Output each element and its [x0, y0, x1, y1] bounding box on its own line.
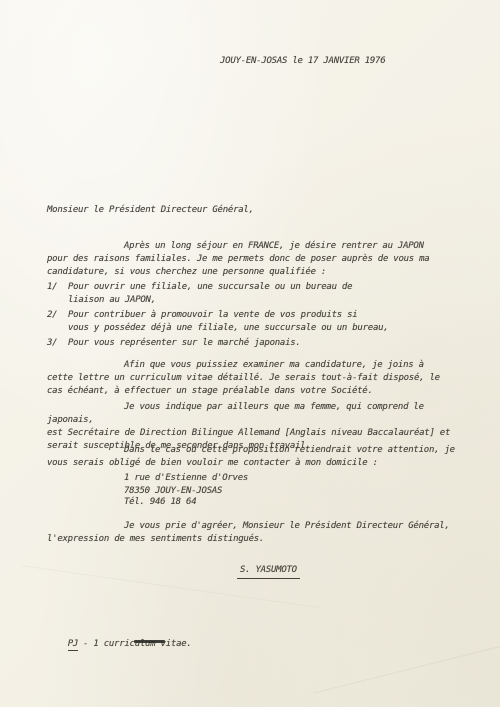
reason-text: Pour vous représenter sur le marché japo… — [68, 337, 467, 350]
reason-number: 1/ — [47, 281, 68, 307]
paper-crease — [313, 639, 500, 693]
enclosure-label: PJ — [68, 639, 78, 651]
reason-item-2: 2/ Pour contribuer à promouvoir la vente… — [47, 309, 467, 335]
reason-item-3: 3/ Pour vous représenter sur le marché j… — [47, 337, 467, 350]
signature: S. YASUMOTO — [237, 564, 300, 579]
closing-paragraph: Je vous prie d'agréer, Monsieur le Prési… — [47, 520, 473, 546]
cv-paragraph: Afin que vous puissiez examiner ma candi… — [47, 359, 473, 398]
reason-text: Pour ouvrir une filiale, une succursale … — [68, 281, 467, 307]
reason-number: 3/ — [47, 337, 68, 350]
salutation: Monsieur le Président Directeur Général, — [47, 204, 254, 217]
reason-number: 2/ — [47, 309, 68, 335]
phone-line: Tél. 946 18 64 — [124, 496, 196, 509]
address-block: 1 rue d'Estienne d'Orves 78350 JOUY-EN-J… — [124, 472, 248, 498]
intro-paragraph: Après un long séjour en FRANCE, je désir… — [47, 240, 473, 279]
scanned-letter-page: JOUY-EN-JOSAS le 17 JANVIER 1976 Monsieu… — [0, 0, 500, 707]
reason-item-1: 1/ Pour ouvrir une filiale, une succursa… — [47, 281, 467, 307]
contact-paragraph: Dans le cas où cette proposition retiend… — [47, 444, 473, 470]
date-line: JOUY-EN-JOSAS le 17 JANVIER 1976 — [220, 55, 385, 68]
scan-ink-artifact — [134, 640, 165, 643]
reason-text: Pour contribuer à promouvoir la vente de… — [68, 309, 467, 335]
enclosure-line: PJ- 1 curriculum vitae. — [47, 625, 192, 664]
